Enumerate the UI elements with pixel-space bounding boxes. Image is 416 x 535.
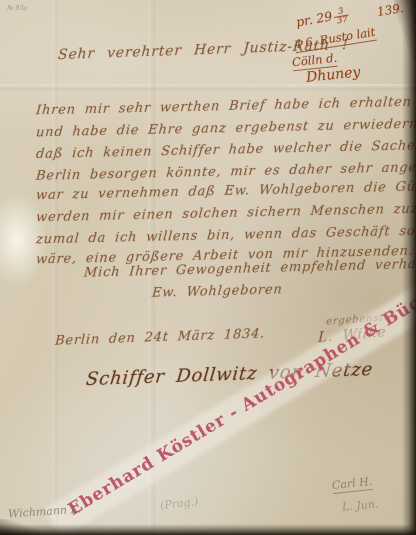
scan-edge-bottom	[0, 524, 416, 535]
dateline: Berlin den 24t März 1834.	[55, 326, 266, 348]
price-annotation: pr. 29337	[295, 6, 351, 33]
scan-edge-right	[402, 0, 416, 535]
scan-corner-bottom-left	[0, 519, 40, 535]
pencil-note-center: (Prag.)	[159, 495, 199, 513]
pencil-signature-top: Carl H.	[331, 475, 373, 494]
scan-corner-top-right	[394, 0, 416, 60]
price-fraction-denominator: 37	[334, 15, 350, 25]
body-line-7: zumal da ich willens bin, wenn das Gesch…	[35, 222, 416, 248]
body-line-3: daß ich keinen Schiffer habe welcher die…	[35, 137, 416, 162]
vertical-fold-crease-2	[52, 0, 58, 535]
closing-address: Ew. Wohlgeboren	[151, 282, 283, 300]
horizontal-fold-crease	[0, 84, 416, 90]
body-line-2: und habe die Ehre ganz ergebenst zu erwi…	[35, 117, 416, 141]
pencil-signature-bottom: L. Jun.	[342, 497, 379, 513]
price-annotation-text: pr. 29	[295, 8, 334, 29]
pencil-inventory-mark: № 93a	[7, 4, 27, 12]
letter-scan-page: № 93a pr. 29337 139. 4 6. Rusto lait Cöl…	[0, 0, 416, 535]
body-line-6: werden mir einen solchen sichern Mensche…	[35, 200, 416, 225]
price-fraction: 337	[333, 6, 351, 25]
body-line-1: Ihren mir sehr werthen Brief habe ich er…	[35, 95, 412, 119]
